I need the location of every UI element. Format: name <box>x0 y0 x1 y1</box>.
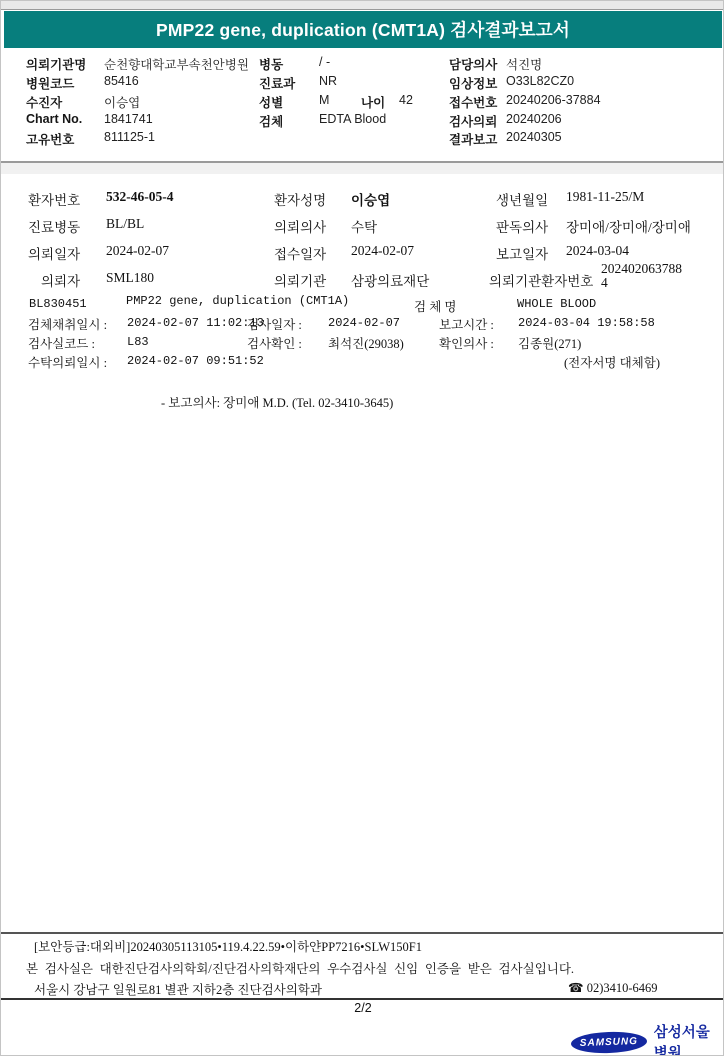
reading-doctor-label: 판독의사 <box>496 216 548 236</box>
collect-value: 2024-02-07 11:02:13 <box>127 316 264 330</box>
test-confirm-label: 검사확인 : <box>247 334 302 352</box>
accreditation-line: 본 검사실은 대한진단검사의학회/진단검사의학재단의 우수검사실 신임 인증을 … <box>26 959 574 977</box>
collect-label: 검체채취일시 : <box>28 315 107 333</box>
esign-note: (전자서명 대체함) <box>564 353 660 371</box>
birth-label: 생년월일 <box>496 189 548 209</box>
requester-value: SML180 <box>106 270 154 286</box>
report-date-label: 결과보고 <box>449 130 497 148</box>
hospital-code-value: 85416 <box>104 74 139 88</box>
lab-code-label: 검사실코드 : <box>28 334 95 352</box>
report-date2-label: 보고일자 <box>496 243 548 263</box>
address-line: 서울시 강남구 일원로81 별관 지하2층 진단검사의학과 <box>34 980 322 998</box>
reading-doctor-value: 장미애/장미애/장미애 <box>566 216 691 236</box>
unique-no-value: 811125-1 <box>104 130 155 144</box>
requester-label: 의뢰자 <box>41 270 80 290</box>
unique-no-label: 고유번호 <box>26 130 74 148</box>
security-line: [보안등급:대외비]20240305113105•119.4.22.59•이하얀… <box>34 937 422 955</box>
phone-number: ☎ 02)3410-6469 <box>568 980 658 996</box>
ward-label: 병동 <box>259 55 283 73</box>
title-bar: PMP22 gene, duplication (CMT1A) 검사결과보고서 <box>4 11 722 48</box>
report-doctor-line: - 보고의사: 장미애 M.D. (Tel. 02-3410-3645) <box>161 393 393 411</box>
request-date2-label: 의뢰일자 <box>28 243 80 263</box>
request-doctor-label: 의뢰의사 <box>274 216 326 236</box>
age-value: 42 <box>399 93 413 107</box>
report-page: PMP22 gene, duplication (CMT1A) 검사결과보고서 … <box>0 0 724 1056</box>
org-patient-no-label: 의뢰기관환자번호 <box>489 270 593 290</box>
treat-ward-value: BL/BL <box>106 216 144 232</box>
department-label: 진료과 <box>259 74 295 92</box>
test-date-value: 2024-02-07 <box>328 316 400 330</box>
doctor-value: 석진명 <box>506 55 542 73</box>
confirm-doctor-label: 확인의사 : <box>439 334 494 352</box>
age-label: 나이 <box>361 93 385 111</box>
samsung-brand-text: SAMSUNG <box>580 1035 638 1048</box>
footer-divider-bottom <box>1 998 724 1000</box>
receipt-date-label: 접수일자 <box>274 243 326 263</box>
clinical-info-label: 임상정보 <box>449 74 497 92</box>
report-time-label: 보고시간 : <box>439 315 494 333</box>
org-patient-no-value: 2024020637884 <box>601 262 685 290</box>
ward-value: / - <box>319 55 330 69</box>
doctor-label: 담당의사 <box>449 55 497 73</box>
chart-no-label: Chart No. <box>26 112 82 126</box>
org-value: 순천향대학교부속천안병원 <box>104 55 249 73</box>
birth-value: 1981-11-25/M <box>566 189 644 205</box>
confirm-doctor-value: 김종원(271) <box>518 334 581 352</box>
outsource-value: 2024-02-07 09:51:52 <box>127 354 264 368</box>
receipt-no-label: 접수번호 <box>449 93 497 111</box>
hospital-logo: SAMSUNG 삼성서울병원 <box>571 1021 723 1056</box>
footer-divider-top <box>1 932 724 934</box>
report-date2-value: 2024-03-04 <box>566 243 629 259</box>
request-doctor-value: 수탁 <box>351 216 377 236</box>
test-code: BL830451 <box>29 297 87 311</box>
test-name: PMP22 gene, duplication (CMT1A) <box>126 294 349 308</box>
department-value: NR <box>319 74 337 88</box>
outsource-label: 수탁의뢰일시 : <box>28 353 107 371</box>
top-strip <box>1 1 724 10</box>
page-number: 2/2 <box>1 1001 724 1015</box>
hospital-code-label: 병원코드 <box>26 74 74 92</box>
specimen-label: 검체 <box>259 112 283 130</box>
examinee-value: 이승엽 <box>104 93 140 111</box>
request-org-label: 의뢰기관 <box>274 270 326 290</box>
patient-no-label: 환자번호 <box>28 189 80 209</box>
patient-no-value: 532-46-05-4 <box>106 189 174 205</box>
samsung-logo-icon: SAMSUNG <box>571 1030 647 1054</box>
sex-value: M <box>319 93 329 107</box>
hospital-name: 삼성서울병원 <box>654 1021 723 1056</box>
org-label: 의뢰기관명 <box>26 55 86 73</box>
request-date-label: 검사의뢰 <box>449 112 497 130</box>
request-date2-value: 2024-02-07 <box>106 243 169 259</box>
specimen-name-label: 검 체 명 <box>414 297 456 315</box>
report-date-value: 20240305 <box>506 130 562 144</box>
report-time-value: 2024-03-04 19:58:58 <box>518 316 655 330</box>
chart-no-value: 1841741 <box>104 112 153 126</box>
specimen-name-value: WHOLE BLOOD <box>517 297 596 311</box>
receipt-no-value: 20240206-37884 <box>506 93 601 107</box>
patient-name-label: 환자성명 <box>274 189 326 209</box>
receipt-date-value: 2024-02-07 <box>351 243 414 259</box>
patient-name-value: 이승엽 <box>351 189 390 209</box>
sex-label: 성별 <box>259 93 283 111</box>
examinee-label: 수진자 <box>26 93 62 111</box>
test-confirm-value: 최석진(29038) <box>328 334 404 352</box>
test-date-label: 검사일자 : <box>247 315 302 333</box>
treat-ward-label: 진료병동 <box>28 216 80 236</box>
request-date-value: 20240206 <box>506 112 562 126</box>
clinical-info-value: O33L82CZ0 <box>506 74 574 88</box>
lab-code-value: L83 <box>127 335 149 349</box>
specimen-value: EDTA Blood <box>319 112 386 126</box>
request-org-value: 삼광의료재단 <box>351 270 429 290</box>
divider-band <box>1 163 724 174</box>
page-title: PMP22 gene, duplication (CMT1A) 검사결과보고서 <box>156 17 570 42</box>
